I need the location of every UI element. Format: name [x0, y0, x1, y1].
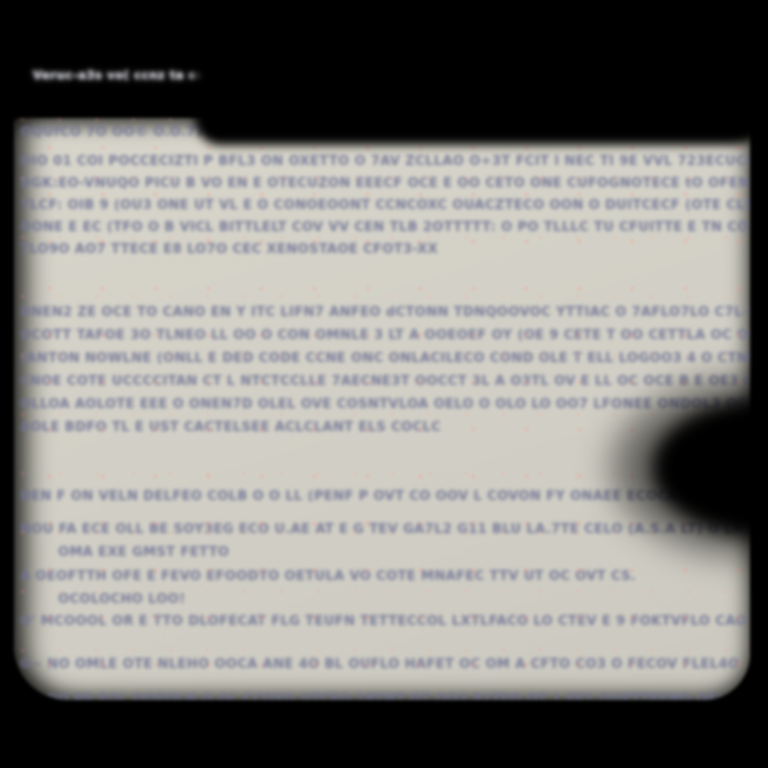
screen: Veruc-a3s vo( ccnz ta oxc e co= OQUfCO 7… [0, 0, 768, 768]
text-line: OX OO BE EOL OOFOLN O OL CCOXO UTCEO 18T… [20, 690, 750, 700]
text-line: DGK:EO-VNUQO PICU B VO EN E OTECUZON EEE… [20, 174, 750, 196]
text-line: YLCF: OIB 9 (OU3 ONE UT VL E O CONOEOONT… [20, 196, 750, 218]
text-line: DNEN2 ZE OCE TO CANO EN Y ITC LIFN7 ANFE… [20, 303, 750, 326]
text-line: OCOTT TAFOE 3O TLNEO LL OO O CON OMNLE 3… [20, 326, 750, 349]
text-line: TLO9O AO7 TTECE E8 LO7O CEC XENOSTAOE CF… [20, 240, 750, 262]
text-line: G~ NO OMLE OTE NLEHO OOCA ANE 4O BL OUFL… [20, 655, 750, 677]
text-line: NOU FA ECE OLL BE SOY3EG ECO U.AE AT E G… [20, 520, 750, 542]
text-line: CNOE COTE UCCCCITAN CT L NTCTCCLLE 7AECN… [20, 372, 750, 395]
text-line: OIO 01 COI POCCECIZTI P BFL3 ON OXETTO O… [20, 152, 750, 174]
text-line: OMA EXE GMST FETTO [20, 543, 750, 565]
torn-edge-top-notch [195, 44, 768, 145]
window-title-text: Veruc-a3s vo( ccnz ta oxc e co= [33, 68, 203, 88]
text-line: O' MCOOOL OR E TTO DLOFECAT FLG TEUFN TE… [20, 612, 750, 634]
text-line: OCOLOCHO LOO! [20, 590, 750, 612]
text-line: A OEOFTTH OFE E FEVO EFOODTO OETULA VO C… [20, 567, 750, 589]
text-line: OONE E EC (TFO O B VICL BITTLELT COV VV … [20, 218, 750, 240]
text-line: (ANTON NOWLNE (ONLL E DED CODE CCNE ONC … [20, 349, 750, 372]
document-page: OQUfCO 7O OO© O.O.77TU:OIO 01 COI POCCEC… [14, 118, 750, 700]
